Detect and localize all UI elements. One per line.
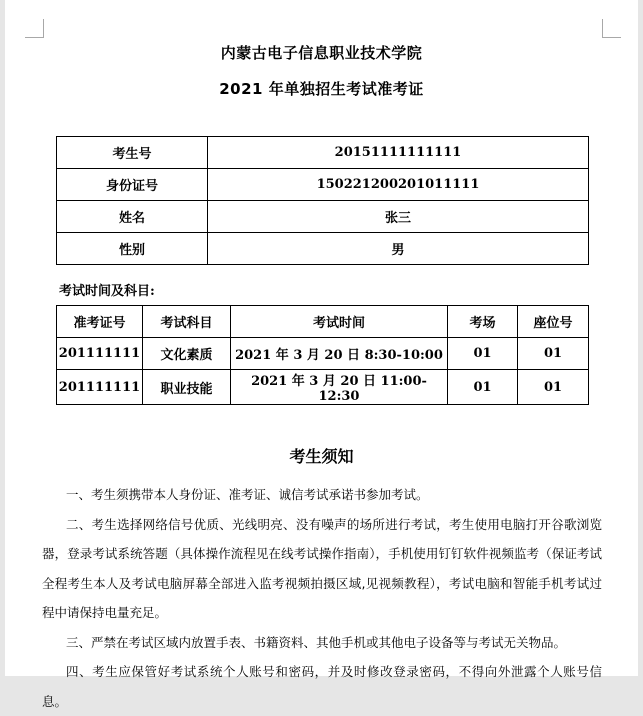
column-header: 座位号 [518,306,589,338]
margin-corner-mark-top-right [602,19,621,38]
exam-room-cell: 01 [448,338,518,370]
id-number-value: 150221200201011111 [208,169,589,201]
document-title: 2021 年单独招生考试准考证 [5,78,638,99]
table-row: 201111111 职业技能 2021 年 3 月 20 日 11:00-12:… [57,370,589,405]
column-header: 考试科目 [143,306,231,338]
column-header: 考试时间 [231,306,448,338]
exam-room-cell: 01 [448,370,518,405]
school-title: 内蒙古电子信息职业技术学院 [5,42,638,63]
admission-number-cell: 201111111 [57,338,143,370]
table-row: 考生号 20151111111111 [57,137,589,169]
admission-number-cell: 201111111 [57,370,143,405]
notice-list: 一、考生须携带本人身份证、准考证、诚信考试承诺书参加考试。 二、考生选择网络信号… [42,480,602,676]
table-row: 姓名 张三 [57,201,589,233]
table-row: 201111111 文化素质 2021 年 3 月 20 日 8:30-10:0… [57,338,589,370]
seat-number-cell: 01 [518,338,589,370]
notice-item: 四、考生应保管好考试系统个人账号和密码，并及时修改登录密码，不得向外泄露个人账号… [42,657,602,676]
subject-cell: 文化素质 [143,338,231,370]
field-label: 考生号 [57,137,208,169]
candidate-info-table: 考生号 20151111111111 身份证号 1502212002010111… [56,136,589,265]
field-label: 身份证号 [57,169,208,201]
column-header: 准考证号 [57,306,143,338]
table-row: 身份证号 150221200201011111 [57,169,589,201]
subject-cell: 职业技能 [143,370,231,405]
table-row: 性别 男 [57,233,589,265]
exam-time-cell: 2021 年 3 月 20 日 11:00-12:30 [231,370,448,405]
field-label: 姓名 [57,201,208,233]
notice-title: 考生须知 [5,444,638,467]
field-label: 性别 [57,233,208,265]
exam-schedule-label: 考试时间及科目: [59,280,155,299]
margin-corner-mark-top-left [25,19,44,38]
notice-item: 三、严禁在考试区域内放置手表、书籍资料、其他手机或其他电子设备等与考试无关物品。 [42,628,602,658]
exam-schedule-table: 准考证号 考试科目 考试时间 考场 座位号 201111111 文化素质 202… [56,305,589,405]
notice-item: 一、考生须携带本人身份证、准考证、诚信考试承诺书参加考试。 [42,480,602,510]
document-page: 内蒙古电子信息职业技术学院 2021 年单独招生考试准考证 考生号 201511… [5,0,638,676]
gender-value: 男 [208,233,589,265]
exam-time-cell: 2021 年 3 月 20 日 8:30-10:00 [231,338,448,370]
candidate-number-value: 20151111111111 [208,137,589,169]
column-header: 考场 [448,306,518,338]
name-value: 张三 [208,201,589,233]
seat-number-cell: 01 [518,370,589,405]
table-header-row: 准考证号 考试科目 考试时间 考场 座位号 [57,306,589,338]
notice-item: 二、考生选择网络信号优质、光线明亮、没有噪声的场所进行考试，考生使用电脑打开谷歌… [42,510,602,628]
